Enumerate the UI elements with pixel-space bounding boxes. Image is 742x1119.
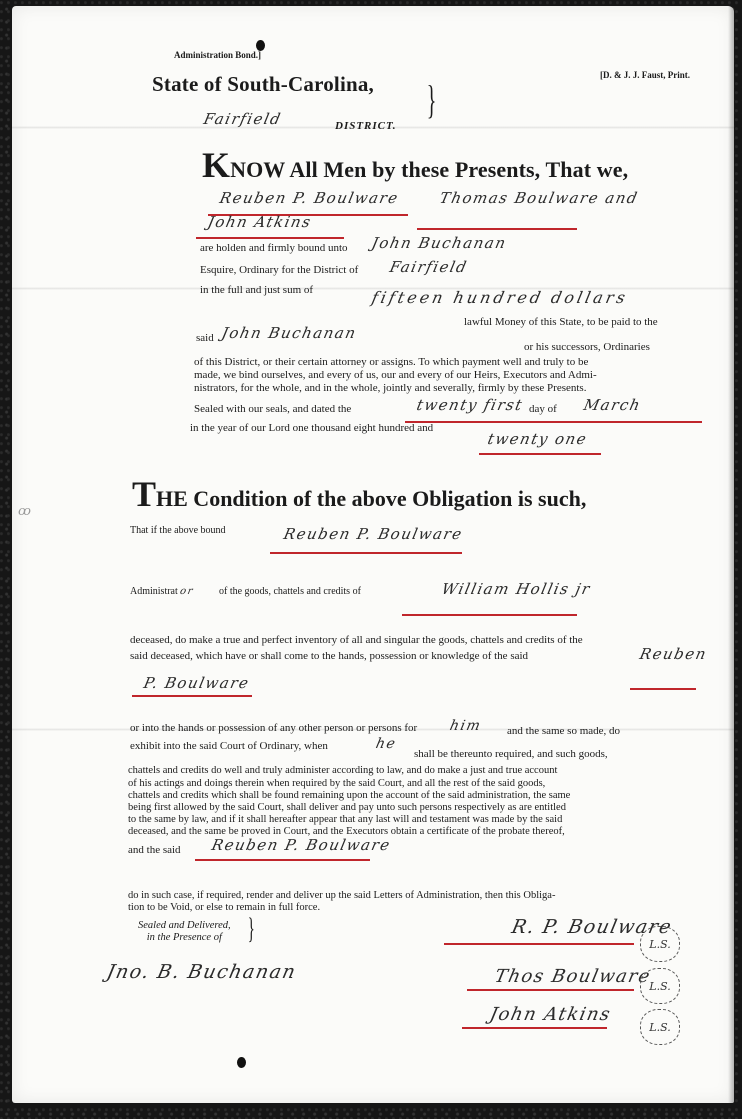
for-whom-handwritten: him xyxy=(448,718,483,734)
condition-para-1: chattels and credits do well and truly a… xyxy=(128,764,557,777)
same-made-label: and the same so made, do xyxy=(507,725,620,737)
signer-3-signature: John Atkins xyxy=(488,1004,613,1025)
said-obligee-name: John Buchanan xyxy=(220,324,358,342)
printer-imprint: [D. & J. J. Faust, Print. xyxy=(600,70,690,80)
hands-line: or into the hands or possession of any o… xyxy=(130,722,417,734)
seal-ls: L.S. xyxy=(640,1009,680,1045)
day-of-label: day of xyxy=(529,403,557,415)
obligation-para-3: nistrators, for the whole, and in the wh… xyxy=(194,382,586,395)
when-who-handwritten: he xyxy=(374,736,398,752)
obligation-heading: KNOW All Men by these Presents, That we, xyxy=(202,144,628,186)
signer-2-signature: Thos Boulware xyxy=(493,966,653,987)
punch-hole xyxy=(237,1057,246,1068)
red-underline xyxy=(479,453,601,455)
brace: } xyxy=(427,80,437,120)
district-name-handwritten: Fairfield xyxy=(202,110,283,128)
obligation-para-2: made, we bind ourselves, and every of us… xyxy=(194,369,597,382)
red-underline xyxy=(444,943,634,945)
month-handwritten: March xyxy=(582,396,643,414)
red-underline xyxy=(462,1027,607,1029)
obligation-para-1: of this District, or their certain attor… xyxy=(194,356,588,369)
red-underline xyxy=(405,421,702,423)
goods-label: of the goods, chattels and credits of xyxy=(219,586,361,597)
and-said-label: and the said xyxy=(128,844,181,856)
page-edge-shadow xyxy=(728,6,734,1103)
said-name-rest: P. Boulware xyxy=(142,674,251,692)
seal-ls: L.S. xyxy=(640,926,680,962)
sealed-dated-label: Sealed with our seals, and dated the xyxy=(194,403,351,415)
final-line-2: tion to be Void, or else to remain in fu… xyxy=(128,901,320,914)
obligor-3: John Atkins xyxy=(206,213,313,231)
said-label: said xyxy=(196,332,214,344)
seal-ls: L.S. xyxy=(640,968,680,1004)
and-said-name-handwritten: Reuben P. Boulware xyxy=(210,836,392,854)
obligee-name: John Buchanan xyxy=(370,234,508,252)
said-name-first: Reuben xyxy=(638,645,709,663)
red-underline xyxy=(467,989,634,991)
obligor-1: Reuben P. Boulware xyxy=(218,189,400,207)
day-handwritten: twenty first xyxy=(415,396,525,414)
successors-label: or his successors, Ordinaries xyxy=(524,341,650,353)
bound-name-handwritten: Reuben P. Boulware xyxy=(282,525,464,543)
red-underline xyxy=(196,237,344,239)
administrat-label: Administrat or xyxy=(130,586,194,597)
sum-label: in the full and just sum of xyxy=(200,284,313,296)
red-underline xyxy=(417,228,577,230)
document-page: ꝏ Administration Bond.] [D. & J. J. Faus… xyxy=(12,6,734,1103)
sealed-delivered-label: Sealed and Delivered, in the Presence of xyxy=(138,920,231,944)
red-underline xyxy=(132,695,252,697)
deceased-name-handwritten: William Hollis jr xyxy=(440,580,592,598)
bound-unto-label: are holden and firmly bound unto xyxy=(200,242,348,254)
required-label: shall be thereunto required, and such go… xyxy=(414,748,608,760)
brace: } xyxy=(248,914,255,944)
red-underline xyxy=(195,859,370,861)
red-underline xyxy=(402,614,577,616)
red-underline xyxy=(270,552,462,554)
red-underline xyxy=(630,688,696,690)
ink-stain: ꝏ xyxy=(18,503,31,519)
esquire-label: Esquire, Ordinary for the District of xyxy=(200,264,358,276)
that-if-label: That if the above bound xyxy=(130,525,226,536)
year-handwritten: twenty one xyxy=(486,430,589,448)
form-title: Administration Bond.] xyxy=(174,50,261,60)
state-title: State of South-Carolina, xyxy=(152,72,374,97)
district-handwritten: Fairfield xyxy=(388,258,469,276)
obligor-2: Thomas Boulware and xyxy=(438,189,640,207)
deceased-line-1: deceased, do make a true and perfect inv… xyxy=(130,634,583,646)
sum-handwritten: fifteen hundred dollars xyxy=(370,288,630,307)
witness-signature: Jno. B. Buchanan xyxy=(105,961,299,983)
year-label: in the year of our Lord one thousand eig… xyxy=(190,422,433,434)
district-label: DISTRICT. xyxy=(335,120,396,132)
deceased-line-2: said deceased, which have or shall come … xyxy=(130,650,528,662)
lawful-money-label: lawful Money of this State, to be paid t… xyxy=(464,316,658,328)
condition-heading: THE Condition of the above Obligation is… xyxy=(132,473,586,515)
exhibit-line: exhibit into the said Court of Ordinary,… xyxy=(130,740,328,752)
